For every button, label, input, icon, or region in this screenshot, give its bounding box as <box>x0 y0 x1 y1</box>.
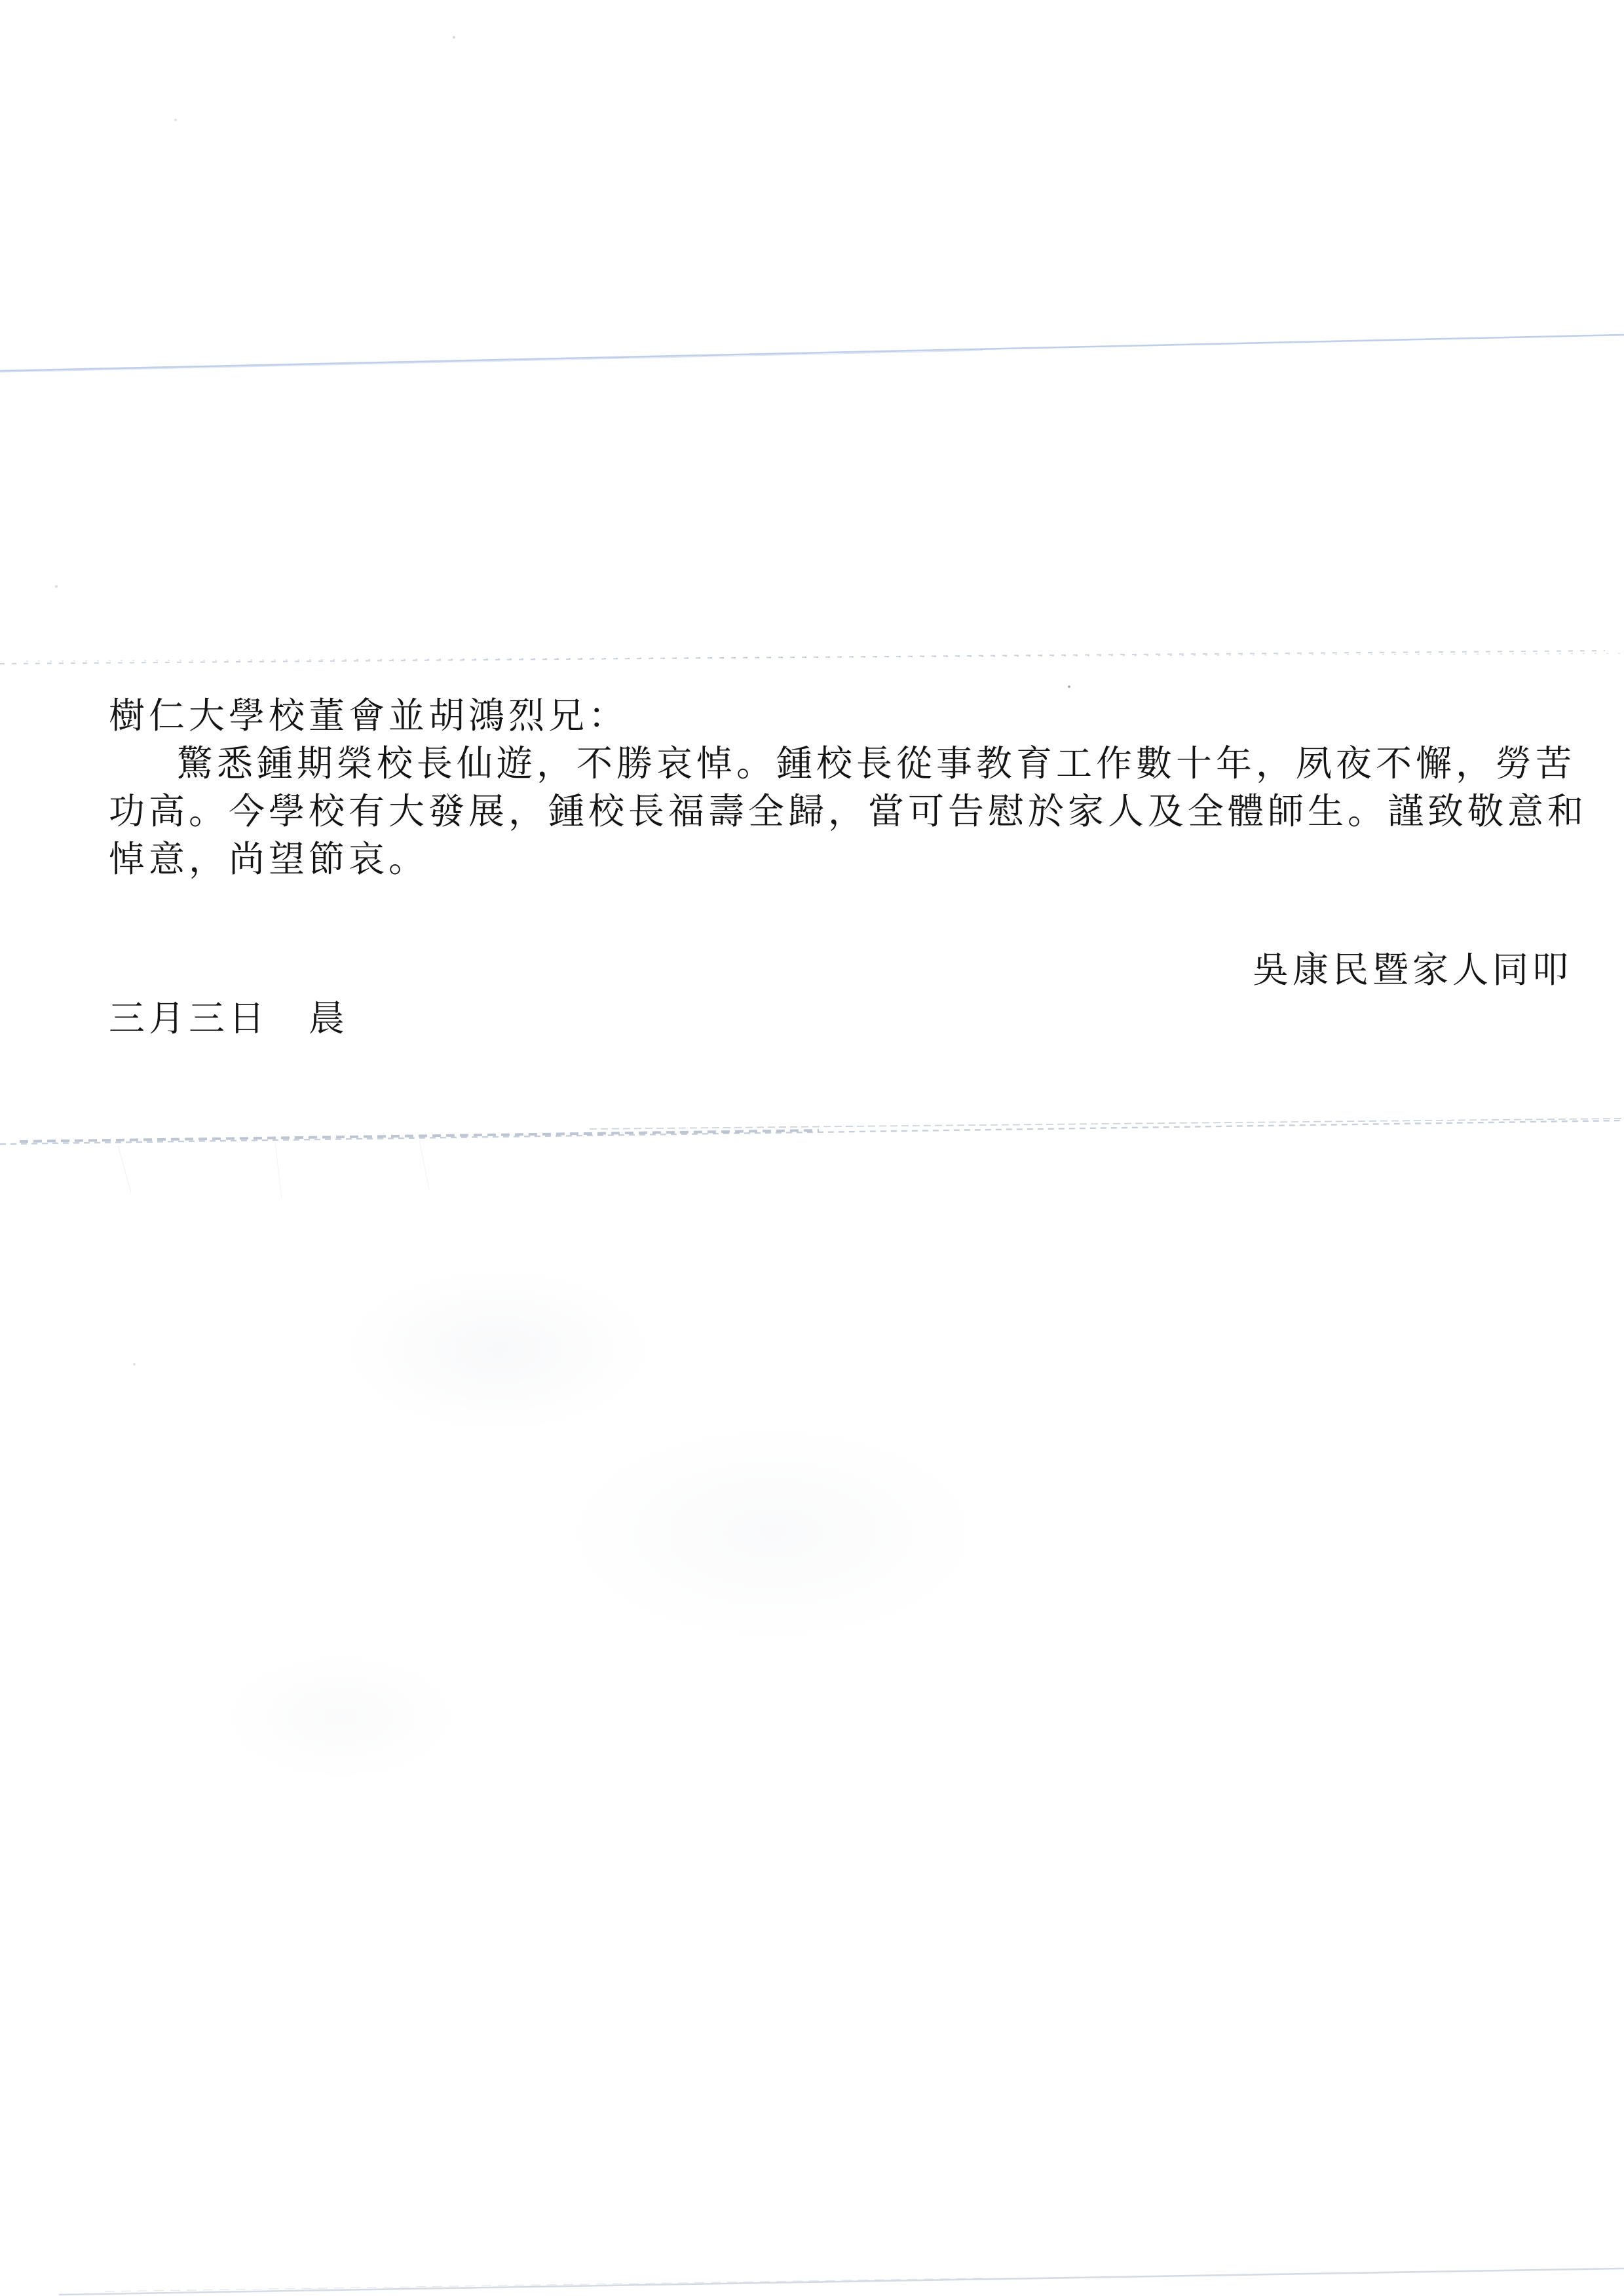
letter-date: 三月三日 晨 <box>109 999 349 1039</box>
letter-body-line: 驚悉鍾期榮校長仙遊，不勝哀悼。鍾校長從事教育工作數十年，夙夜不懈，勞苦 <box>109 744 1576 784</box>
letter-body-line: 悼意，尚望節哀。 <box>109 839 428 880</box>
letter-text-block: 樹仁大學校董會並胡鴻烈兄： 驚悉鍾期榮校長仙遊，不勝哀悼。鍾校長從事教育工作數十… <box>0 0 1624 2296</box>
scanned-letter-page: 樹仁大學校董會並胡鴻烈兄： 驚悉鍾期榮校長仙遊，不勝哀悼。鍾校長從事教育工作數十… <box>0 0 1624 2296</box>
letter-signature: 吳康民暨家人同叩 <box>1253 950 1572 991</box>
letter-body-line: 功高。今學校有大發展，鍾校長福壽全歸，當可告慰於家人及全體師生。謹致敬意和 <box>109 792 1587 832</box>
letter-salutation: 樹仁大學校董會並胡鴻烈兄： <box>109 696 628 737</box>
